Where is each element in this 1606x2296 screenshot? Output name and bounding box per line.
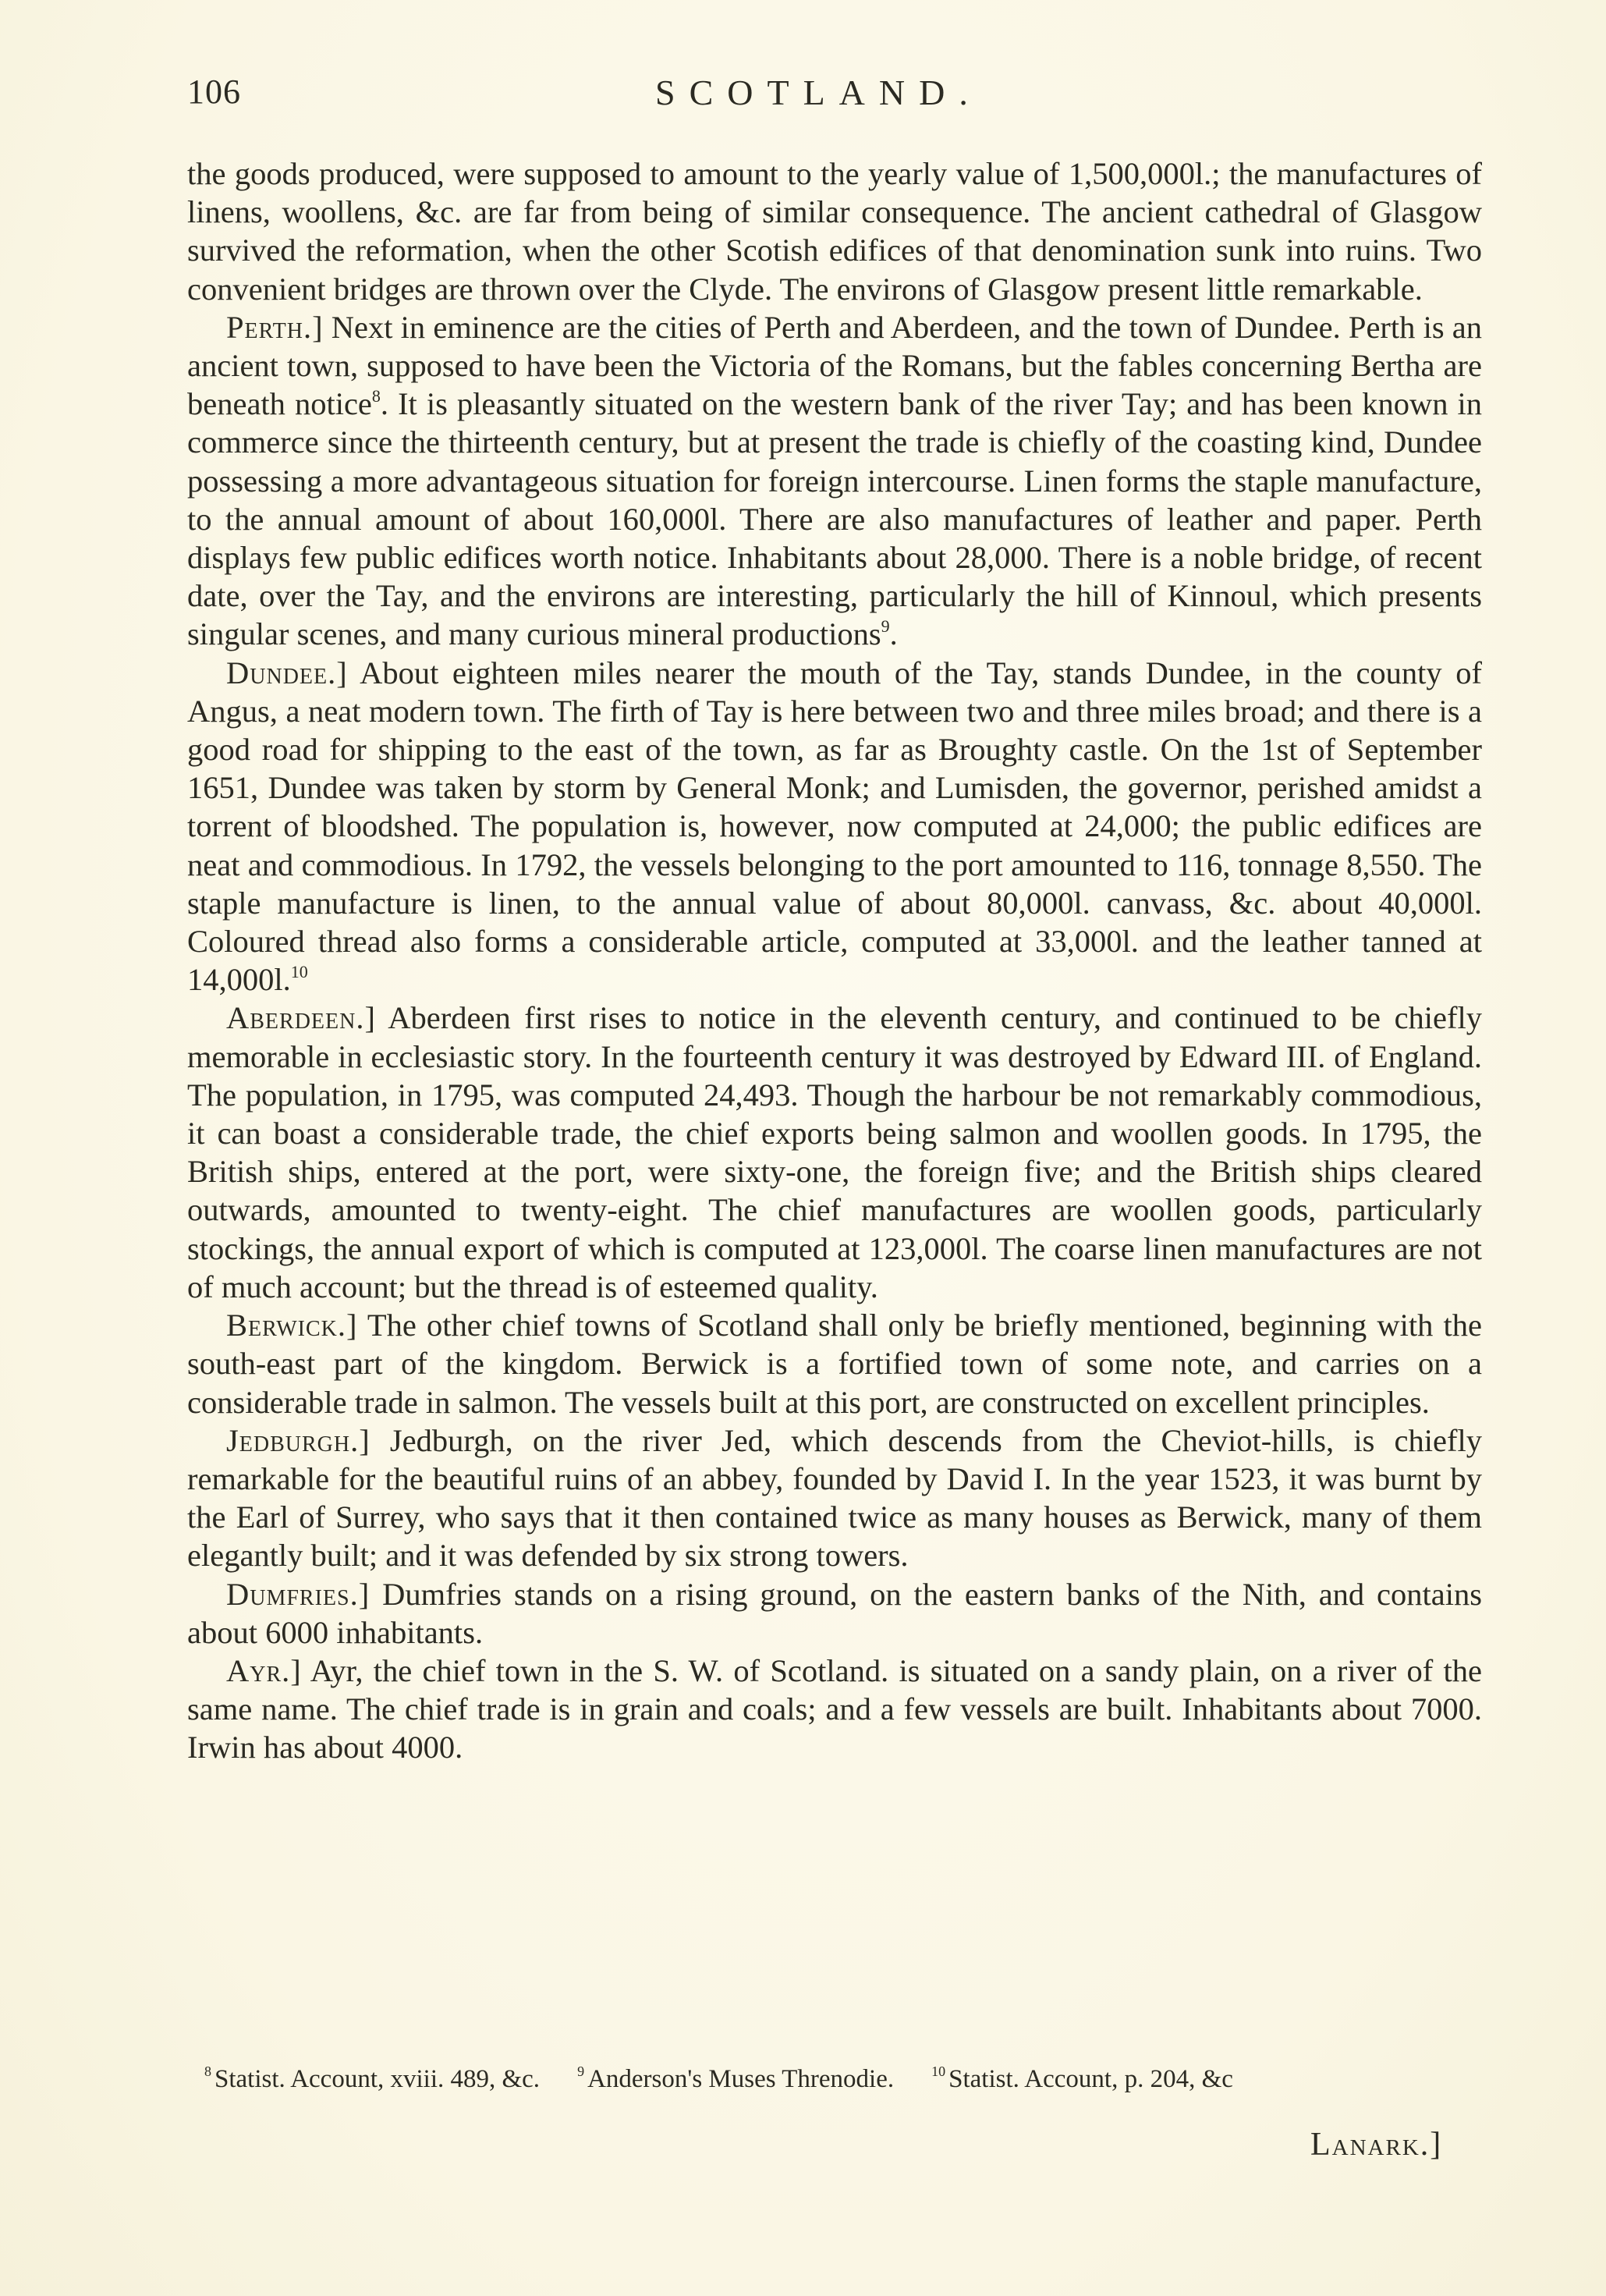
section-heading-ayr: Ayr.] — [226, 1653, 302, 1688]
paragraph-aberdeen: Aberdeen.] Aberdeen first rises to notic… — [187, 999, 1482, 1306]
paragraph-text: Dumfries stands on a rising ground, on t… — [187, 1577, 1482, 1650]
catchword: Lanark.] — [1310, 2126, 1442, 2163]
footnote-mark: 10 — [931, 2064, 945, 2079]
footnote-mark: 8 — [204, 2064, 211, 2079]
section-heading-dundee: Dundee.] — [226, 655, 348, 690]
paragraph-ayr: Ayr.] Ayr, the chief town in the S. W. o… — [187, 1652, 1482, 1767]
footnote-text: Statist. Account, p. 204, &c — [948, 2065, 1233, 2093]
paragraph-text: The other chief towns of Scotland shall … — [187, 1308, 1482, 1419]
paragraph-text: the goods produced, were supposed to amo… — [187, 156, 1482, 307]
paragraph-text: Jedburgh, on the river Jed, which descen… — [187, 1423, 1482, 1574]
footnote-9: 9Anderson's Muses Threnodie. — [577, 2064, 894, 2094]
footnote-ref-9[interactable]: 9 — [881, 616, 890, 636]
footnote-ref-8[interactable]: 8 — [372, 386, 381, 406]
footnote-text: Statist. Account, xviii. 489, &c. — [214, 2065, 540, 2093]
footnote-8: 8Statist. Account, xviii. 489, &c. — [204, 2064, 540, 2094]
running-head: 106 SCOTLAND. — [187, 72, 1482, 126]
paragraph-text: . It is pleasantly situated on the weste… — [187, 386, 1482, 651]
paragraph-text: Ayr, the chief town in the S. W. of Scot… — [187, 1653, 1482, 1765]
footnote-mark: 9 — [577, 2064, 584, 2079]
paragraph-continuation: the goods produced, were supposed to amo… — [187, 154, 1482, 308]
section-heading-dumfries: Dumfries.] — [226, 1577, 370, 1612]
running-title: SCOTLAND. — [655, 72, 982, 113]
body-text: the goods produced, were supposed to amo… — [187, 154, 1482, 1767]
paragraph-text: Aberdeen first rises to notice in the el… — [187, 1000, 1482, 1304]
section-heading-aberdeen: Aberdeen.] — [226, 1000, 376, 1035]
section-heading-berwick: Berwick.] — [226, 1308, 358, 1343]
footnotes: 8Statist. Account, xviii. 489, &c. 9Ande… — [204, 2064, 1484, 2094]
page-number: 106 — [187, 72, 241, 112]
paragraph-text: About eighteen miles nearer the mouth of… — [187, 655, 1482, 998]
paragraph-text: . — [890, 616, 898, 651]
paragraph-berwick: Berwick.] The other chief towns of Scotl… — [187, 1306, 1482, 1421]
paragraph-dundee: Dundee.] About eighteen miles nearer the… — [187, 654, 1482, 999]
footnote-10: 10Statist. Account, p. 204, &c — [931, 2064, 1233, 2094]
paragraph-perth: Perth.] Next in eminence are the cities … — [187, 308, 1482, 654]
section-heading-jedburgh: Jedburgh.] — [226, 1423, 370, 1458]
paragraph-jedburgh: Jedburgh.] Jedburgh, on the river Jed, w… — [187, 1421, 1482, 1575]
section-heading-perth: Perth.] — [226, 310, 324, 345]
paragraph-dumfries: Dumfries.] Dumfries stands on a rising g… — [187, 1575, 1482, 1652]
footnote-text: Anderson's Muses Threnodie. — [587, 2065, 894, 2093]
footnote-ref-10[interactable]: 10 — [291, 962, 308, 981]
